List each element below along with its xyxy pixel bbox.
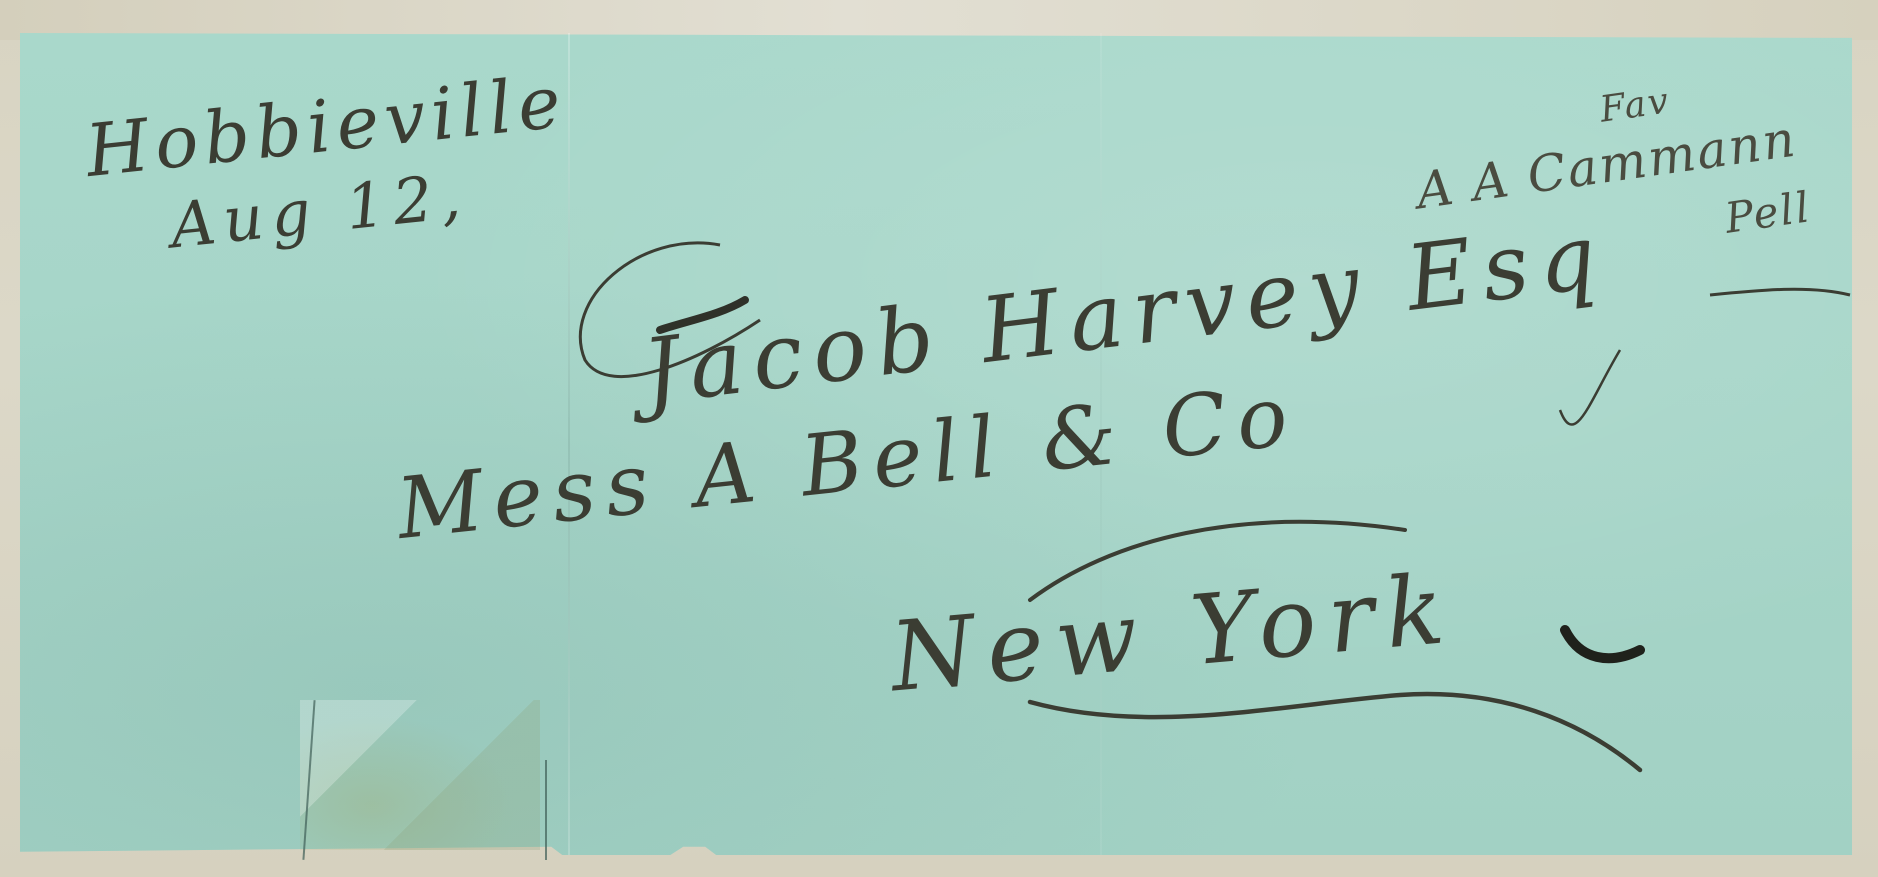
courtesy-line-1: Fav [1598,83,1673,128]
paper-tear [545,760,547,860]
crumpled-corner [300,700,540,850]
courtesy-line-3: Pell [1722,186,1813,240]
